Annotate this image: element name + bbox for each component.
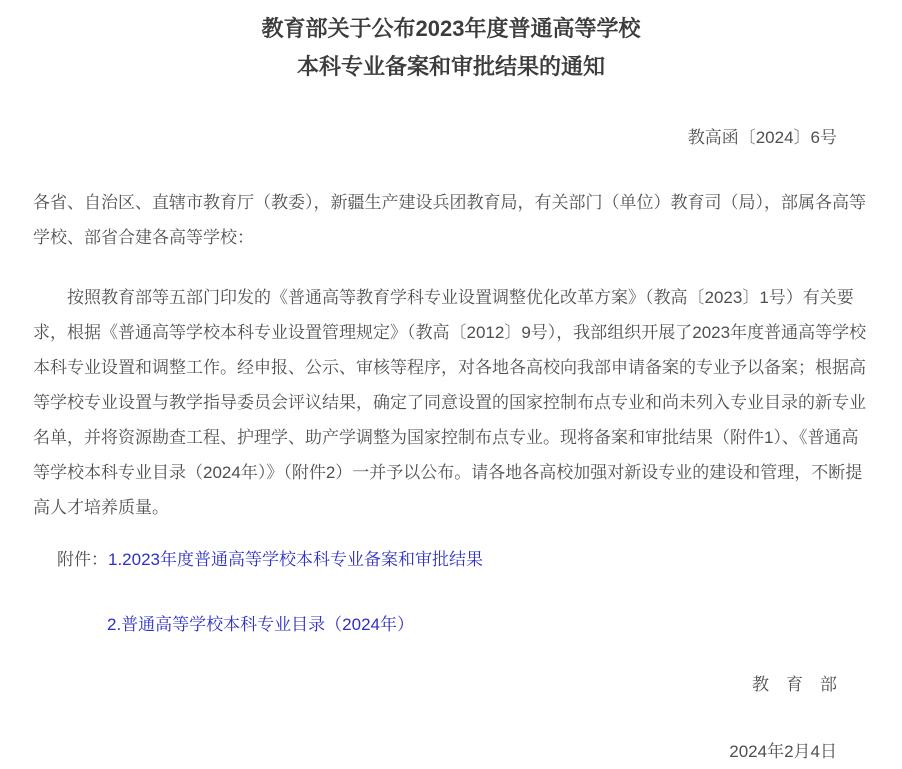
document-title-line-2: 本科专业备案和审批结果的通知 (33, 48, 869, 86)
document-title-line-1: 教育部关于公布2023年度普通高等学校 (33, 10, 869, 48)
issuer-signature: 教 育 部 (33, 667, 869, 702)
attachment-link-1[interactable]: 1.2023年度普通高等学校本科专业备案和审批结果 (108, 550, 483, 569)
document-number: 教高函〔2024〕6号 (33, 120, 869, 155)
attachments-label: 附件： (57, 550, 108, 569)
salutation-paragraph: 各省、自治区、直辖市教育厅（教委），新疆生产建设兵团教育局，有关部门（单位）教育… (33, 185, 869, 255)
attachment-link-2[interactable]: 2.普通高等学校本科专业目录（2024年） (107, 615, 414, 634)
body-paragraph: 按照教育部等五部门印发的《普通高等教育学科专业设置调整优化改革方案》（教高〔20… (33, 280, 869, 525)
issue-date: 2024年2月4日 (33, 734, 869, 769)
attachment-line-1: 附件：1.2023年度普通高等学校本科专业备案和审批结果 (33, 542, 869, 577)
attachment-line-2: 2.普通高等学校本科专业目录（2024年） (33, 607, 869, 642)
notice-document: 教育部关于公布2023年度普通高等学校 本科专业备案和审批结果的通知 教高函〔2… (0, 0, 902, 769)
document-title: 教育部关于公布2023年度普通高等学校 本科专业备案和审批结果的通知 (33, 0, 869, 86)
